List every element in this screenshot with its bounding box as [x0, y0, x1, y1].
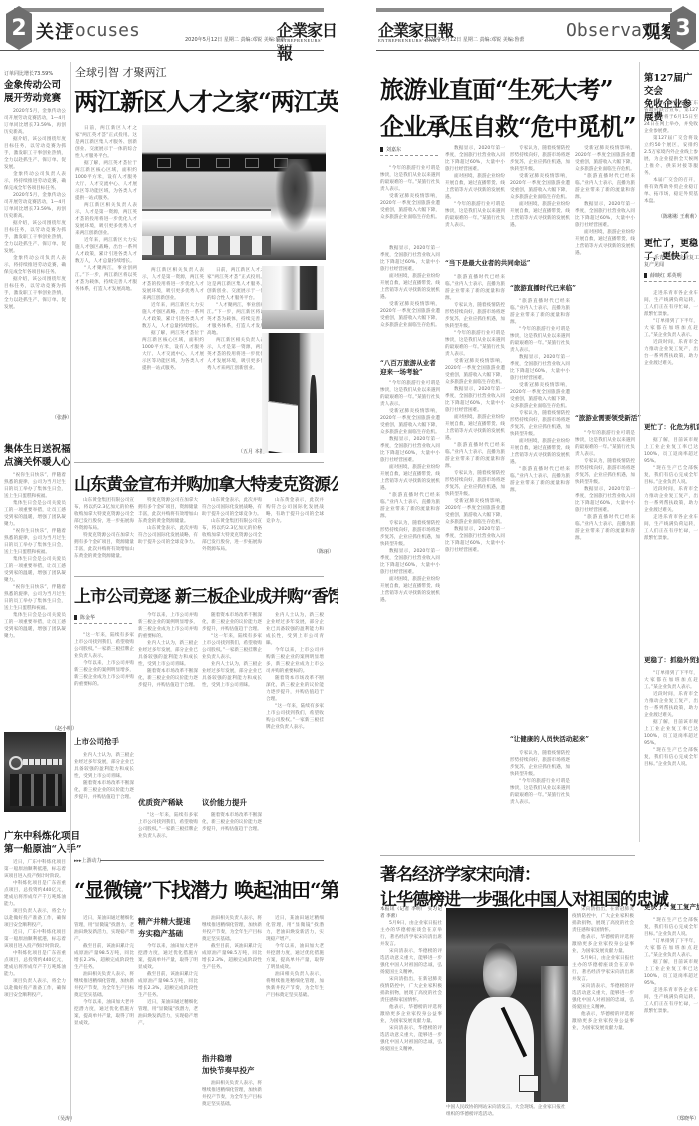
story-kicker: 全球引智 才聚两江	[75, 64, 167, 80]
brief-body: 近日，商务部和广东省政府联合宣布，第127届广交会将于6月15日至24日在网上举…	[644, 100, 698, 215]
story-credit: （陈丽）	[314, 548, 334, 555]
story-body: 日前，两江新区人才之家“两江英才荟”正式投用。这是两江新区集人才服务、创新创业、…	[75, 125, 137, 400]
header-rule	[376, 50, 699, 51]
story-headline: 山东黄金宣布并购加拿大特麦克资源公司	[74, 470, 338, 495]
section-tag: ▸▸▸上游动力	[74, 857, 102, 864]
story-body: “这一年来，陆续有多家上市公司找到我们，希望收购公司股权。”一家新三板挂牌企业负…	[138, 812, 198, 842]
section-title-en: Focuses	[64, 20, 140, 41]
story-body: 近日，某油田通过精细化管理，用“显微镜”找潜力，老油田焕发新活力，实现稳产增产。…	[74, 915, 134, 1120]
story-body: “今年的旅游行业可谓是惨淡，这是我们从业以来遇到的最艰难的一年。”某旅行社负责人…	[575, 430, 635, 680]
story-subhead: 更稳了：抓稳外贸扩“内销”	[644, 655, 699, 664]
page-gutter	[338, 0, 358, 1126]
story-body: 走进乐青市各企业车间，生产线满负荷运转，工人们正在有序忙碌，一派繁忙景象。“订单…	[644, 290, 698, 420]
story-body: “订单排到了下半年，大家都在加班加点赶工。”某企业负责人表示。近段时间，乐青市全…	[644, 670, 698, 885]
story-body: 特麦克资源公司在加拿大拥有多个金矿项目，资源储量丰富，此次并购将有效增加山东黄金…	[138, 497, 198, 567]
story-body: 今年以来，上市公司并购新三板企业的案例明显增多，新三板企业成为上市公司并购的重要…	[138, 612, 198, 787]
story-credit: （郑晓华）	[674, 1115, 699, 1122]
story-body: 宋向清指出，在新冠肺炎疫情防控中，广大企业家积极捐款捐物，展现了高度的社会责任感…	[572, 906, 634, 1121]
brief-credit: （吴涛）	[55, 1115, 75, 1122]
story-subhead: “八百万旅游从业者迎来一场考验”	[380, 358, 440, 376]
story-body: 受新冠肺炎疫情影响，2020年一季度全国旅游业遭受重创，旅游收入大幅下降，众多旅…	[575, 145, 635, 370]
story-headline: 著名经济学家宋向清： 让华德榜进一步强化中国人对祖国的忠诚	[380, 860, 668, 910]
service-hall-photo	[142, 125, 326, 260]
story-body: “现在生产已全部恢复，我们有信心完成全年目标。”企业负责人说。“订单排到了下半年…	[644, 917, 698, 1117]
story-subhead: 更忙了：化危为机谋转型	[644, 422, 699, 431]
column-divider	[70, 62, 71, 1122]
story-subtitle: ——乐青市部分企业复工复产见闻	[644, 254, 699, 268]
story-body: “这一年来，陆续有多家上市公司找到我们，希望收购公司股权。”一家新三板挂牌企业负…	[74, 632, 134, 732]
story-subhead: “旅游直播时代已来临”	[510, 283, 576, 292]
story-body: 山东黄金表示，此次并购符合公司国际化发展战略，有助于提升公司的全球竞争力。山东黄…	[202, 497, 262, 567]
story-body: 数据显示，2020年第一季度，全国旅行社营业收入同比下降超过60%，大量中小旅行…	[445, 145, 505, 255]
story-body: “旅游直播时代已经来临。”业内人士表示，直播为旅游企业带来了新的流量和客源。专家…	[445, 274, 505, 849]
story-body: 本报讯（记者 李明广 实习记者 李蕾） 5月9日，由企业家日报社主办的华德榜座谈…	[380, 906, 442, 1121]
story-byline: 刘嘉东	[380, 146, 438, 156]
brief-credit: （陈彬彬 王莉莉）	[658, 213, 699, 220]
section-divider	[74, 462, 324, 463]
left-page: 2 关注 Focuses 2020年5月12日 星期二 责编:邓锐 美编:鲁蕾 …	[0, 0, 338, 1126]
story-body: “今年的旅游行业可谓是惨淡，这是我们从业以来遇到的最艰难的一年。”某旅行社负责人…	[380, 380, 440, 850]
story-body: 专家认为，随着疫情防控形势持续向好，旅游市场将逐步复苏，企业应抓住机遇，加快转型…	[510, 145, 570, 280]
exhibition-photo	[262, 333, 324, 453]
story-body: 山东黄金集团有限公司宣布，将以约2.3亿加元的价格收购加拿大特麦克资源公司全部已…	[74, 497, 134, 567]
story-headline: 旅游业直面“生死大考” 企业承压自救“危中觅机”	[380, 70, 636, 142]
story-body: “旅游直播时代已经来临。”业内人士表示，直播为旅游企业带来了新的流量和客源。“今…	[510, 298, 570, 698]
story-headline: 两江新区人才之家“两江英才荟”正式投用	[74, 82, 338, 117]
story-subhead: “旅游业需要领受新活”	[575, 413, 641, 422]
signing-ceremony-photo	[4, 732, 66, 812]
story-byline: 薛映红 邓英明	[644, 272, 696, 282]
story-body: 业内人士认为，新三板企业经过多年发展，部分企业已具备较强的盈利能力和成长性，受到…	[266, 612, 324, 832]
right-page: 企業家日報 ENTREPRENEURS' DAILY 2020年5月12日 星期…	[358, 0, 699, 1126]
header-bar	[376, 8, 672, 12]
story-body: 随着资本市场改革不断深化，新三板企业的议价能力逐步提升，并购估值趋于合理。“这一…	[202, 612, 262, 787]
story-body: 两江新区相关负责人表示，人才是第一资源，两江英才荟的投用将进一步优化人才发展环境…	[142, 267, 204, 400]
story-body: 业内人士认为，新三板企业经过多年发展，部分企业已具备较强的盈利能力和成长性，受到…	[74, 752, 134, 842]
story-body: 数据显示，2020年第一季度，全国旅行社营业收入同比下降超过60%，大量中小旅行…	[380, 245, 440, 350]
masthead-subtitle: ENTREPRENEURS' DAILY	[277, 38, 338, 48]
story-body: “今年的旅游行业可谓是惨淡，这是我们从业以来遇到的最艰难的一年。”某旅行社负责人…	[380, 165, 440, 245]
header-rule	[0, 50, 324, 51]
story-subhead: 夯实稳产基础	[138, 928, 183, 939]
corridor-photo	[262, 266, 324, 329]
story-headline: “显微镜”下找潜力 唤起油田“第二春”	[74, 874, 338, 903]
story-body: 油田相关负责人表示，将继续推进精细化管理，加快新井投产节奏，为全年生产目标奠定坚…	[202, 915, 262, 1035]
brief-body: 近日，广东中科炼化项目第一船原油顺利抵港，标志着该项目进入投产倒计时阶段。 中科…	[4, 859, 66, 1121]
section-divider	[380, 855, 635, 856]
brief-body: 2020年5月，金象传动公司开展劳动竞赛活动，1—4月订单同比增长73.59%，…	[4, 108, 66, 408]
section-divider	[74, 576, 324, 577]
story-headline: 上市公司竞逐 新三板企业成并购“香饽饽”	[74, 582, 338, 607]
issue-meta: 2020年5月12日 星期二 责编:邓锐 美编:鲁蕾	[424, 36, 524, 43]
story-body: 专家认为，随着疫情防控形势持续向好，旅游市场将逐步复苏，企业应抓住机遇，加快转型…	[510, 750, 570, 850]
story-body: 随着资本市场改革不断深化，新三板企业的议价能力逐步提升，并购估值趋于合理。	[202, 812, 262, 842]
story-subhead: 加快节奏早投产	[202, 1065, 255, 1076]
story-subhead: 指井稳增	[202, 1053, 232, 1064]
story-subhead: 上市公司抢手	[74, 736, 119, 747]
brief-kicker: 订单同比增长73.59%	[4, 70, 53, 77]
story-body: 油田相关负责人表示，将继续推进精细化管理，加快新井投产节奏，为全年生产目标奠定坚…	[202, 1080, 262, 1120]
brief-headline: 金象传动公司 展开劳动竞赛	[4, 79, 61, 105]
brief-headline: 集体生日送祝福 点滴关怀暖人心	[4, 443, 71, 469]
story-subhead: 优质资产稀缺	[138, 797, 183, 808]
brief-body: “祝你生日快乐”，伴随着熟悉的旋律，公司为当月过生日的员工举办了集体生日会，送上…	[4, 472, 66, 730]
header-bar	[14, 8, 324, 12]
brief-credit: （张静）	[52, 414, 72, 421]
column-divider	[639, 62, 640, 842]
page-number-badge: 3	[670, 6, 696, 50]
story-body: 日前，两江新区人才之家“两江英才荟”正式投用。这是两江新区集人才服务、创新创业、…	[207, 267, 265, 400]
page-number-badge: 2	[6, 6, 32, 50]
story-byline: 陈金华	[74, 614, 132, 624]
story-body: 据了解，目前该市规上工业企业复工率已达100%，员工返岗率超过95%。“现在生产…	[644, 437, 698, 652]
story-subhead: “让健康的人员快活动起来”	[510, 734, 589, 743]
story-subhead: 议价能力提升	[202, 797, 247, 808]
section-divider	[100, 860, 324, 861]
photo-caption: 中国人民政协的网站宋向清发言，大会现场。企业家日报社 组织的华德榜评选活动。	[446, 1104, 568, 1122]
story-body: 山东黄金表示，此次并购符合公司国际化发展战略，有助于提升公司的全球竞争力。	[266, 497, 324, 527]
story-body: 今年以来，油田加大老井挖潜力度，通过优化措施方案，提高单井产量，取得了明显成效。…	[138, 943, 198, 1121]
story-body: 近日，某油田通过精细化管理，用“显微镜”找潜力，老油田焕发新活力，实现稳产增产。…	[266, 915, 324, 1075]
issue-meta: 2020年5月12日 星期二 责编:邓锐 美编:鲁蕾	[185, 36, 285, 43]
economist-speaking-photo	[446, 908, 568, 1102]
story-subhead: 精产井精大提速	[138, 916, 191, 927]
